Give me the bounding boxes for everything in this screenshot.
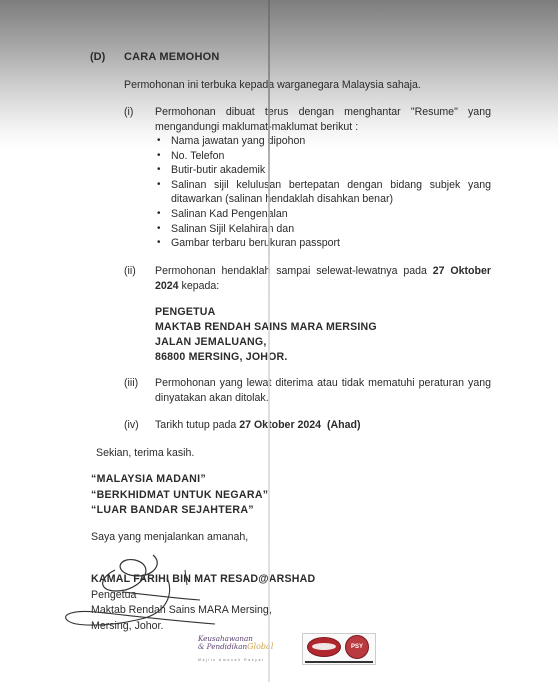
list-item: No. Telefon [157, 149, 491, 164]
signer-position: Pengetua [91, 588, 315, 604]
item-text: Permohonan yang lewat diterima atau tida… [155, 376, 491, 405]
closing-text: Sekian, terima kasih. [96, 446, 194, 461]
requirements-list: Nama jawatan yang dipohon No. Telefon Bu… [157, 134, 491, 251]
item-number: (ii) [124, 264, 136, 279]
logo-line: & Pendidikan [198, 642, 247, 651]
signer-block: KAMAL FARIHI BIN MAT RESAD@ARSHAD Penget… [91, 572, 315, 634]
document-page: (D) CARA MEMOHON Permohonan ini terbuka … [0, 0, 558, 682]
certification-oval-icon [307, 637, 341, 657]
list-item: Salinan Kad Pengenalan [157, 207, 491, 222]
certification-badges: PSY [302, 633, 376, 665]
signer-name: KAMAL FARIHI BIN MAT RESAD@ARSHAD [91, 572, 315, 588]
address-line: MAKTAB RENDAH SAINS MARA MERSING [155, 320, 377, 335]
motto-line: “MALAYSIA MADANI” [91, 472, 268, 488]
signer-place: Mersing, Johor. [91, 619, 315, 635]
section-label: (D) [90, 50, 105, 65]
amanah-text: Saya yang menjalankan amanah, [91, 530, 248, 545]
list-item: Nama jawatan yang dipohon [157, 134, 491, 149]
item-number: (iv) [124, 418, 139, 433]
item-text-pre: Tarikh tutup pada [155, 419, 239, 431]
item-text-line: mengandungi maklumat-maklumat berikut : [155, 120, 491, 135]
mottos: “MALAYSIA MADANI” “BERKHIDMAT UNTUK NEGA… [91, 472, 268, 519]
page-fold-line [268, 0, 270, 682]
item-text: Permohonan hendaklah sampai selewat-lewa… [155, 264, 491, 293]
mailing-address: PENGETUA MAKTAB RENDAH SAINS MARA MERSIN… [155, 305, 377, 365]
signer-org: Maktab Rendah Sains MARA Mersing, [91, 603, 315, 619]
list-item: Salinan sijil kelulusan bertepatan denga… [157, 178, 491, 207]
keusahawanan-logo: Keusahawanan & PendidikanGlobal Majlis A… [198, 635, 288, 665]
item-number: (i) [124, 105, 133, 120]
list-item: Butir-butir akademik [157, 163, 491, 178]
list-item: Gambar terbaru berukuran passport [157, 236, 491, 251]
psy-badge-icon: PSY [345, 635, 369, 659]
motto-line: “BERKHIDMAT UNTUK NEGARA” [91, 488, 268, 504]
item-text: Tarikh tutup pada 27 Oktober 2024 (Ahad) [155, 418, 491, 433]
item-text-line: Permohonan dibuat terus dengan menghanta… [155, 105, 491, 120]
item-text: Permohonan dibuat terus dengan menghanta… [155, 105, 491, 134]
logo-tagline: Majlis Amanah Rakyat [198, 653, 288, 668]
section-intro: Permohonan ini terbuka kepada warganegar… [124, 78, 421, 93]
badge-bar [305, 661, 373, 663]
closing-date: 27 Oktober 2024 (Ahad) [239, 419, 360, 431]
item-number: (iii) [124, 376, 138, 391]
section-title: CARA MEMOHON [124, 50, 220, 65]
address-line: 86800 MERSING, JOHOR. [155, 350, 377, 365]
address-line: JALAN JEMALUANG, [155, 335, 377, 350]
motto-line: “LUAR BANDAR SEJAHTERA” [91, 503, 268, 519]
address-line: PENGETUA [155, 305, 377, 320]
item-text-pre: Permohonan hendaklah sampai selewat-lewa… [155, 265, 433, 277]
item-text-post: kepada: [179, 280, 220, 292]
list-item: Salinan Sijil Kelahiran dan [157, 222, 491, 237]
